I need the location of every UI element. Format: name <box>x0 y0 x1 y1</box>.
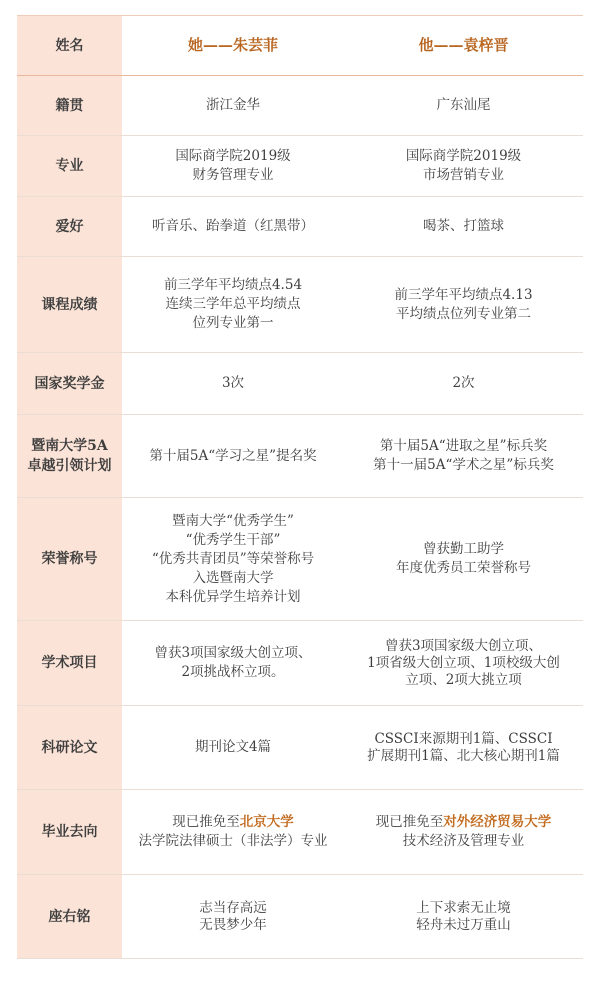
row-label: 学术项目 <box>17 621 122 705</box>
destination-line: 现已推免至对外经济贸易大学 <box>376 813 552 832</box>
cell-text: 本科优异学生培养计划 <box>166 588 301 607</box>
cell-text: 位列专业第一 <box>193 314 274 333</box>
cell-him: 前三学年平均绩点4.13 平均绩点位列专业第二 <box>344 257 583 352</box>
cell-him: 他——袁梓晋 <box>344 16 583 75</box>
his-name: 他——袁梓晋 <box>418 36 508 55</box>
cell-text: 立项、2项大挑立项 <box>405 672 522 689</box>
cell-text: 第十一届5A“学术之星”标兵奖 <box>373 456 554 475</box>
cell-text: 技术经济及管理专业 <box>403 832 525 851</box>
table-row-hometown: 籍贯 浙江金华 广东汕尾 <box>17 76 583 136</box>
cell-her: 她——朱芸菲 <box>122 16 344 75</box>
comparison-table: 姓名 她——朱芸菲 他——袁梓晋 籍贯 浙江金华 广东汕尾 专业 国际商学院20… <box>17 15 583 959</box>
cell-him: 上下求索无止境 轻舟未过万重山 <box>344 875 583 958</box>
cell-text: 2次 <box>452 374 474 393</box>
cell-text: 平均绩点位列专业第二 <box>396 305 531 324</box>
destination-line: 现已推免至北京大学 <box>172 813 294 832</box>
cell-text: 第十届5A“进取之星”标兵奖 <box>380 437 547 456</box>
cell-text: “优秀学生干部” <box>186 531 281 550</box>
destination-university: 对外经济贸易大学 <box>443 814 551 830</box>
row-label: 暨南大学5A 卓越引领计划 <box>17 415 122 497</box>
cell-him: CSSCI来源期刊1篇、CSSCI 扩展期刊1篇、北大核心期刊1篇 <box>344 706 583 789</box>
row-label: 国家奖学金 <box>17 353 122 414</box>
cell-text: 1项省级大创立项、1项校级大创 <box>367 655 560 672</box>
label-line: 暨南大学5A <box>31 436 108 456</box>
row-label: 座右铭 <box>17 875 122 958</box>
cell-text: 志当存高远 <box>199 900 267 917</box>
cell-text: 扩展期刊1篇、北大核心期刊1篇 <box>367 748 560 765</box>
cell-text: 财务管理专业 <box>193 166 274 185</box>
cell-him: 国际商学院2019级 市场营销专业 <box>344 136 583 196</box>
cell-text: “优秀共青团员”等荣誉称号 <box>152 550 314 569</box>
table-row-major: 专业 国际商学院2019级 财务管理专业 国际商学院2019级 市场营销专业 <box>17 136 583 197</box>
row-label: 毕业去向 <box>17 790 122 874</box>
cell-her: 浙江金华 <box>122 76 344 135</box>
cell-text: 曾获勤工助学 <box>423 540 504 559</box>
cell-text: 曾获3项国家级大创立项、 <box>385 638 542 655</box>
cell-text: 期刊论文4篇 <box>195 738 271 757</box>
cell-him: 广东汕尾 <box>344 76 583 135</box>
cell-her: 前三学年平均绩点4.54 连续三学年总平均绩点 位列专业第一 <box>122 257 344 352</box>
cell-text: 3次 <box>222 374 244 393</box>
cell-him: 第十届5A“进取之星”标兵奖 第十一届5A“学术之星”标兵奖 <box>344 415 583 497</box>
cell-text: 市场营销专业 <box>423 166 504 185</box>
cell-text: 连续三学年总平均绩点 <box>166 295 301 314</box>
table-row-hobby: 爱好 听音乐、跆拳道（红黑带） 喝茶、打篮球 <box>17 197 583 257</box>
table-row-honors: 荣誉称号 暨南大学“优秀学生” “优秀学生干部” “优秀共青团员”等荣誉称号 入… <box>17 498 583 621</box>
cell-text: 国际商学院2019级 <box>406 147 521 166</box>
cell-her: 听音乐、跆拳道（红黑带） <box>122 197 344 256</box>
cell-him: 现已推免至对外经济贸易大学 技术经济及管理专业 <box>344 790 583 874</box>
table-row-papers: 科研论文 期刊论文4篇 CSSCI来源期刊1篇、CSSCI 扩展期刊1篇、北大核… <box>17 706 583 790</box>
cell-him: 2次 <box>344 353 583 414</box>
table-row-name: 姓名 她——朱芸菲 他——袁梓晋 <box>17 16 583 76</box>
cell-text: 暨南大学“优秀学生” <box>172 512 294 531</box>
cell-him: 曾获3项国家级大创立项、 1项省级大创立项、1项校级大创 立项、2项大挑立项 <box>344 621 583 705</box>
table-row-motto: 座右铭 志当存高远 无畏梦少年 上下求索无止境 轻舟未过万重山 <box>17 875 583 959</box>
cell-text: 2项挑战杯立项。 <box>181 663 284 682</box>
label-line: 卓越引领计划 <box>28 456 112 476</box>
destination-university: 北京大学 <box>240 814 294 830</box>
table-row-grades: 课程成绩 前三学年平均绩点4.54 连续三学年总平均绩点 位列专业第一 前三学年… <box>17 257 583 353</box>
row-label: 课程成绩 <box>17 257 122 352</box>
cell-him: 曾获勤工助学 年度优秀员工荣誉称号 <box>344 498 583 620</box>
cell-text: 前三学年平均绩点4.54 <box>164 276 302 295</box>
cell-her: 现已推免至北京大学 法学院法律硕士（非法学）专业 <box>122 790 344 874</box>
cell-text: 现已推免至 <box>172 814 240 830</box>
cell-her: 国际商学院2019级 财务管理专业 <box>122 136 344 196</box>
cell-text: 年度优秀员工荣誉称号 <box>396 559 531 578</box>
cell-text: 国际商学院2019级 <box>175 147 290 166</box>
cell-text: 入选暨南大学 <box>193 569 274 588</box>
cell-text: 轻舟未过万重山 <box>416 917 511 934</box>
cell-text: 上下求索无止境 <box>416 900 511 917</box>
cell-text: 第十届5A“学习之星”提名奖 <box>149 447 316 466</box>
cell-her: 暨南大学“优秀学生” “优秀学生干部” “优秀共青团员”等荣誉称号 入选暨南大学… <box>122 498 344 620</box>
row-label: 荣誉称号 <box>17 498 122 620</box>
cell-text: 喝茶、打篮球 <box>423 217 504 236</box>
cell-text: 听音乐、跆拳道（红黑带） <box>152 217 314 236</box>
cell-text: CSSCI来源期刊1篇、CSSCI <box>374 731 552 748</box>
cell-her: 期刊论文4篇 <box>122 706 344 789</box>
cell-her: 志当存高远 无畏梦少年 <box>122 875 344 958</box>
cell-text: 广东汕尾 <box>437 96 491 115</box>
cell-text: 无畏梦少年 <box>199 917 267 934</box>
cell-text: 现已推免至 <box>376 814 444 830</box>
table-row-scholarship: 国家奖学金 3次 2次 <box>17 353 583 415</box>
row-label: 爱好 <box>17 197 122 256</box>
cell-text: 浙江金华 <box>206 96 260 115</box>
row-label: 籍贯 <box>17 76 122 135</box>
row-label: 科研论文 <box>17 706 122 789</box>
table-row-destination: 毕业去向 现已推免至北京大学 法学院法律硕士（非法学）专业 现已推免至对外经济贸… <box>17 790 583 875</box>
cell-text: 法学院法律硕士（非法学）专业 <box>139 832 328 851</box>
cell-text: 前三学年平均绩点4.13 <box>394 286 532 305</box>
row-label: 姓名 <box>17 16 122 75</box>
table-row-5a-plan: 暨南大学5A 卓越引领计划 第十届5A“学习之星”提名奖 第十届5A“进取之星”… <box>17 415 583 498</box>
cell-text: 曾获3项国家级大创立项、 <box>154 644 311 663</box>
table-row-academic-projects: 学术项目 曾获3项国家级大创立项、 2项挑战杯立项。 曾获3项国家级大创立项、 … <box>17 621 583 706</box>
cell-him: 喝茶、打篮球 <box>344 197 583 256</box>
her-name: 她——朱芸菲 <box>188 36 278 55</box>
cell-her: 3次 <box>122 353 344 414</box>
row-label: 专业 <box>17 136 122 196</box>
cell-her: 曾获3项国家级大创立项、 2项挑战杯立项。 <box>122 621 344 705</box>
cell-her: 第十届5A“学习之星”提名奖 <box>122 415 344 497</box>
